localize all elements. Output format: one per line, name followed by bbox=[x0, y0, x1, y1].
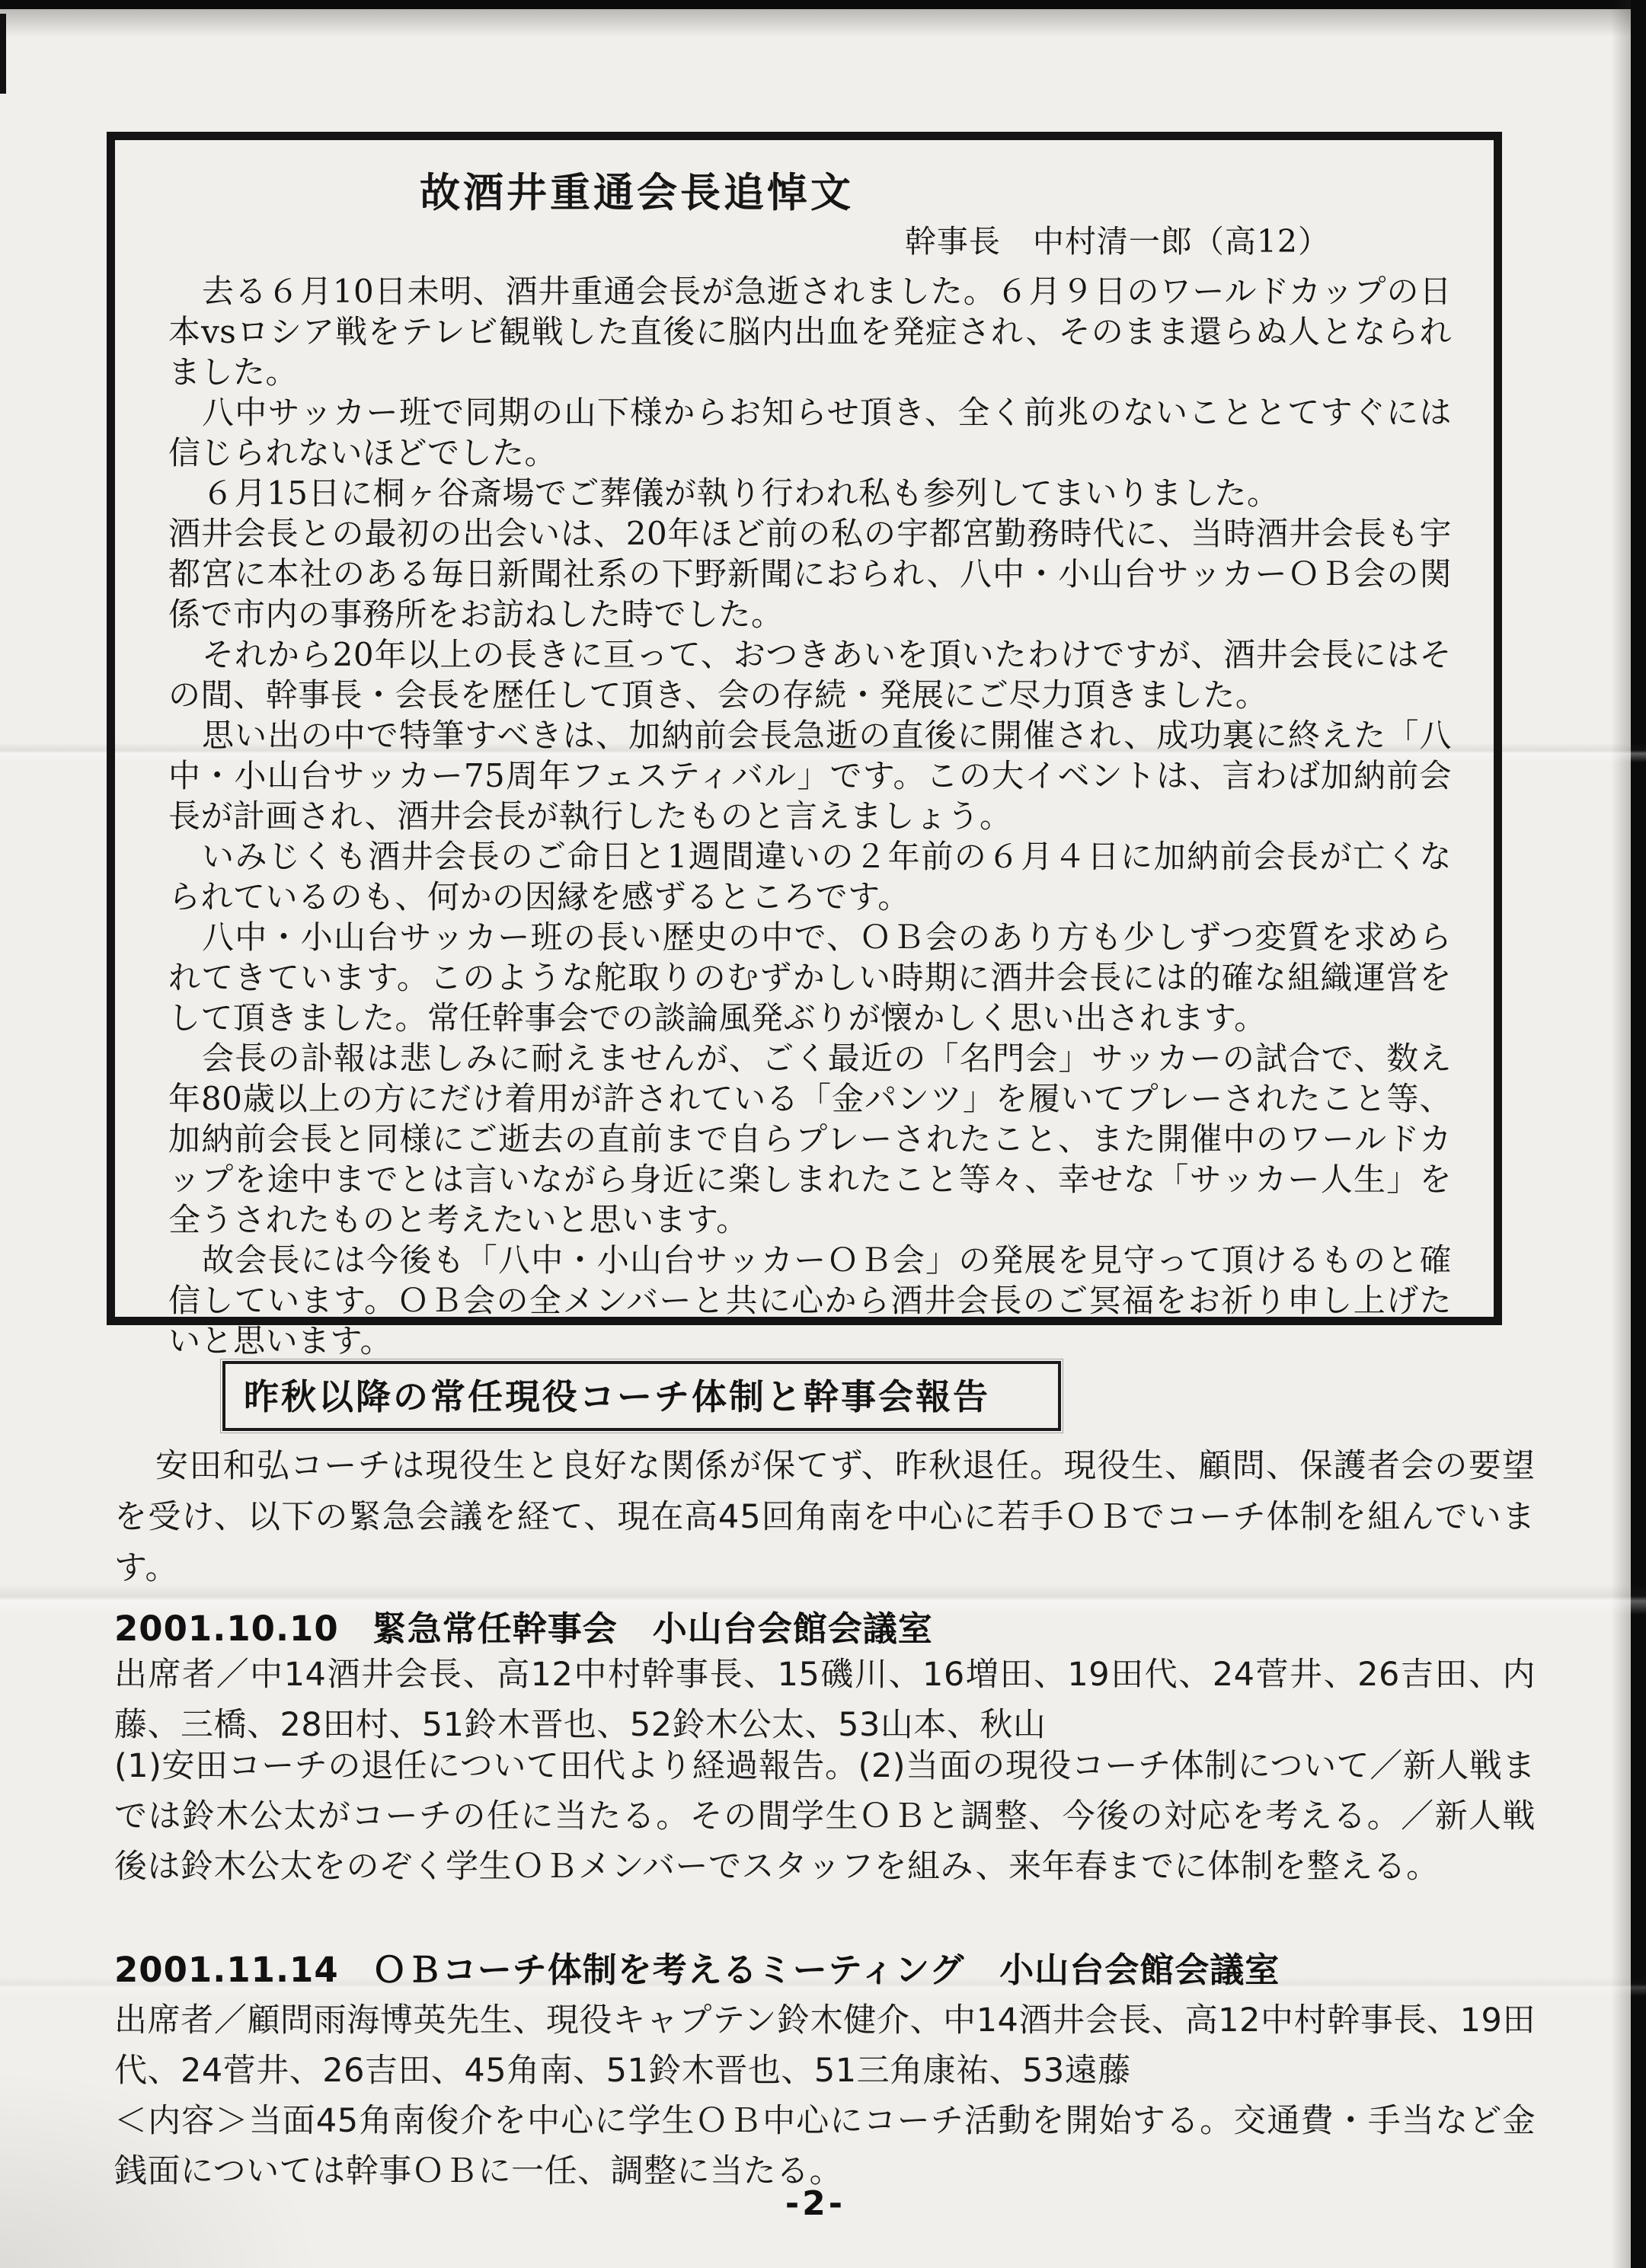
meeting-1-heading: 2001.10.10緊急常任幹事会 小山台会館会議室 bbox=[114, 1601, 933, 1650]
memorial-byline: 幹事長 中村清一郎（高12） bbox=[168, 222, 1330, 260]
report-intro: 安田和弘コーチは現役生と良好な関係が保てず、昨秋退任。現役生、顧問、保護者会の要… bbox=[114, 1441, 1536, 1594]
scanned-document-page: 故酒井重通会長追悼文 幹事長 中村清一郎（高12） 去る６月10日未明、酒井重通… bbox=[0, 0, 1646, 2268]
memorial-paragraph: 八中サッカー班で同期の山下様からお知らせ頂き、全く前兆のないこととてすぐには信じ… bbox=[168, 392, 1452, 473]
meeting-2-heading: 2001.11.14ＯＢコーチ体制を考えるミーティング 小山台会館会議室 bbox=[114, 1942, 1280, 1992]
memorial-body: 去る６月10日未明、酒井重通会長が急逝されました。６月９日のワールドカップの日本… bbox=[168, 271, 1452, 1361]
scan-edge-top-shadow bbox=[0, 9, 1646, 40]
meeting-2-title: ＯＢコーチ体制を考えるミーティング 小山台会館会議室 bbox=[372, 1950, 1280, 1990]
meeting-2-notes: ＜内容＞当面45角南俊介を中心に学生ＯＢ中心にコーチ活動を開始する。交通費・手当… bbox=[114, 2096, 1536, 2196]
memorial-paragraph: 去る６月10日未明、酒井重通会長が急逝されました。６月９日のワールドカップの日本… bbox=[168, 271, 1452, 392]
scan-edge-left-sliver bbox=[0, 14, 6, 94]
memorial-paragraph: 酒井会長との最初の出会いは、20年ほど前の私の宇都宮勤務時代に、当時酒井会長も宇… bbox=[168, 513, 1452, 634]
scan-edge-right-shadow bbox=[1611, 0, 1631, 2268]
meeting-1-attendees: 出席者／中14酒井会長、高12中村幹事長、15磯川、16増田、19田代、24菅井… bbox=[114, 1650, 1536, 1750]
report-heading: 昨秋以降の常任現役コーチ体制と幹事会報告 bbox=[222, 1361, 1061, 1431]
memorial-paragraph: 思い出の中で特筆すべきは、加納前会長急逝の直後に開催され、成功裏に終えた「八中・… bbox=[168, 715, 1452, 836]
memorial-paragraph: 会長の訃報は悲しみに耐えませんが、ごく最近の「名門会」サッカーの試合で、数え年8… bbox=[168, 1038, 1452, 1240]
memorial-paragraph: 故会長には今後も「八中・小山台サッカーＯＢ会」の発展を見守って頂けるものと確信し… bbox=[168, 1240, 1452, 1361]
memorial-paragraph: いみじくも酒井会長のご命日と1週間違いの２年前の６月４日に加納前会長が亡くなられ… bbox=[168, 836, 1452, 917]
memorial-article-box: 故酒井重通会長追悼文 幹事長 中村清一郎（高12） 去る６月10日未明、酒井重通… bbox=[107, 132, 1502, 1325]
memorial-paragraph: ６月15日に桐ヶ谷斎場でご葬儀が執り行われ私も参列してまいりました。 bbox=[168, 473, 1452, 513]
memorial-paragraph: 八中・小山台サッカー班の長い歴史の中で、ＯＢ会のあり方も少しずつ変質を求められて… bbox=[168, 917, 1452, 1038]
scan-edge-right bbox=[1631, 0, 1646, 2268]
memorial-title: 故酒井重通会長追悼文 bbox=[420, 169, 1452, 216]
scan-edge-top bbox=[0, 0, 1646, 9]
meeting-2-attendees: 出席者／顧問雨海博英先生、現役キャプテン鈴木健介、中14酒井会長、高12中村幹事… bbox=[114, 1995, 1536, 2096]
meeting-1-title: 緊急常任幹事会 小山台会館会議室 bbox=[372, 1608, 933, 1649]
meeting-1-date: 2001.10.10 bbox=[114, 1608, 339, 1649]
memorial-paragraph: それから20年以上の長きに亘って、おつきあいを頂いたわけですが、酒井会長にはその… bbox=[168, 634, 1452, 715]
meeting-1-notes: (1)安田コーチの退任について田代より経過報告。(2)当面の現役コーチ体制につい… bbox=[114, 1741, 1536, 1892]
meeting-2-date: 2001.11.14 bbox=[114, 1950, 339, 1990]
page-number: -2- bbox=[0, 2184, 1631, 2223]
